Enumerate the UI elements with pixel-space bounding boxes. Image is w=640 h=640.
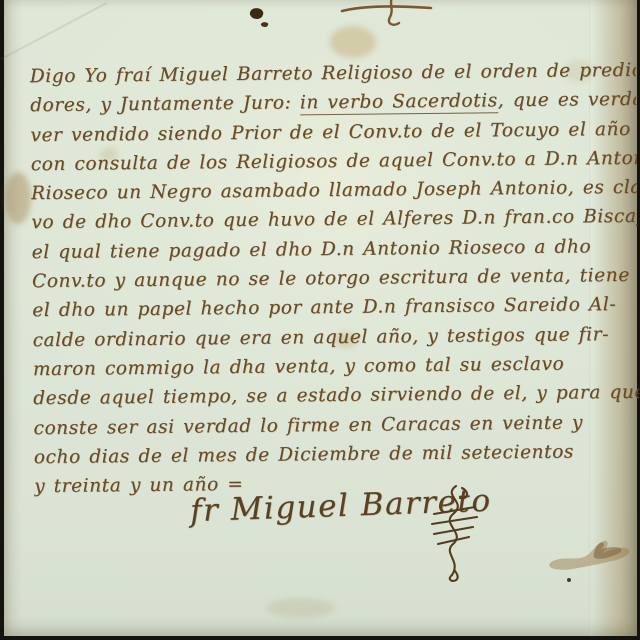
- stain: [266, 598, 336, 618]
- ink-blot-icon: [249, 6, 265, 20]
- manuscript-text: Digo Yo fraí Miguel Barreto Religioso de…: [30, 56, 640, 502]
- ink-smudge-icon: [544, 533, 640, 581]
- paper-sheet: Digo Yo fraí Miguel Barreto Religioso de…: [4, 0, 637, 636]
- manuscript-photo: Digo Yo fraí Miguel Barreto Religioso de…: [0, 0, 640, 640]
- ink-dot: [567, 578, 571, 582]
- cross-mark-icon: [338, 0, 438, 30]
- text-segment: , que es verdad ha-: [498, 89, 637, 112]
- underlined-phrase: in verbo Sacerdotis: [300, 91, 498, 116]
- rubric-flourish-icon: [422, 484, 482, 586]
- text-segment: dores, y Juntamente Juro:: [30, 93, 300, 117]
- paper-crease: [1, 2, 108, 60]
- stain: [330, 26, 376, 58]
- text-segment: ver vendido siendo Prior de el Conv.to d…: [30, 118, 636, 146]
- stain: [5, 172, 31, 224]
